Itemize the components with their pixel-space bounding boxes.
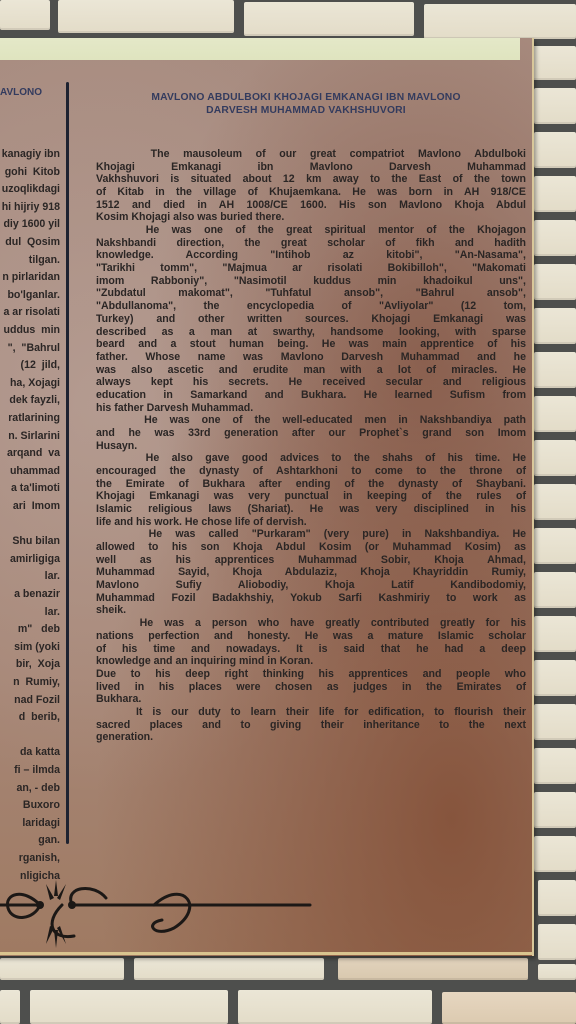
left-column-line: laridagi bbox=[0, 818, 60, 829]
plaque-body-line: of Kitab in the village of Khujaemkana. … bbox=[96, 187, 526, 198]
scroll-flourish-ornament-icon bbox=[0, 878, 354, 954]
brick bbox=[58, 0, 234, 33]
left-column-line: sim (yoki bbox=[0, 642, 60, 653]
brick bbox=[0, 990, 20, 1024]
plaque-body-line: Husayn. bbox=[96, 441, 526, 452]
column-divider bbox=[66, 82, 69, 844]
brick bbox=[534, 264, 576, 300]
brick bbox=[534, 836, 576, 872]
plaque-body-line: education in Samarkand and Bukhara. He l… bbox=[96, 390, 526, 401]
plaque-body-line: The mausoleum of our great compatriot Ma… bbox=[96, 149, 526, 160]
brick bbox=[530, 46, 576, 80]
brick bbox=[534, 748, 576, 784]
plaque-body-line: "Abdullanoma", the encyclopedia of "Avli… bbox=[96, 301, 526, 312]
left-column-line: fi – ilmda bbox=[0, 765, 60, 776]
plaque-body-line: Muhammad Sayid, Khoja Abdulaziz, Khoja K… bbox=[96, 567, 526, 578]
left-column-line: lar. bbox=[0, 571, 60, 582]
plaque-body-line: Nakshbandi direction, the great scholar … bbox=[96, 238, 526, 249]
left-column-line: gan. bbox=[0, 835, 60, 846]
left-column-line: Shu bilan bbox=[0, 536, 60, 547]
left-column-line: da katta bbox=[0, 747, 60, 758]
brick bbox=[534, 616, 576, 652]
plaque-body-line: knowledge. According "Intihob az kitobi"… bbox=[96, 250, 526, 261]
left-column-line: d berib, bbox=[0, 712, 60, 723]
brick bbox=[534, 88, 576, 124]
left-column-line: ", "Bahrul bbox=[0, 343, 60, 354]
plaque-top-band bbox=[0, 38, 520, 60]
plaque-body-line: Due to his deep right thinking his appre… bbox=[96, 669, 526, 680]
plaque-body-line: "Tarikhi tomm", "Majmua ar risolati Boki… bbox=[96, 263, 526, 274]
left-column-line: diy 1600 yil bbox=[0, 219, 60, 230]
plaque-body-line: beard and a stout human being. He was ma… bbox=[96, 339, 526, 350]
plaque-body-line: Khojagi Emkanagi was very punctual in ke… bbox=[96, 491, 526, 502]
plaque-body-line: Bukhara. bbox=[96, 694, 526, 705]
left-column-line: kanagiy ibn bbox=[0, 149, 60, 160]
left-column-line: a ar risolati bbox=[0, 307, 60, 318]
plaque-body-line: was also ascetic and erudite man with a … bbox=[96, 365, 526, 376]
plaque-body-line: Turkey) and other written sources. Khoja… bbox=[96, 314, 526, 325]
brick bbox=[30, 990, 228, 1024]
left-column-line: bo'lganlar. bbox=[0, 290, 60, 301]
left-column-line: dek fayzli, bbox=[0, 395, 60, 406]
plaque-body-line: He was called "Purkaram" (very pure) in … bbox=[96, 529, 526, 540]
left-column-line: dul Qosim bbox=[0, 237, 60, 248]
plaque-body-line: encouraged the dynasty of Ashtarkhoni to… bbox=[96, 466, 526, 477]
plaque-body-line: and he was 33rd generation after our Pro… bbox=[96, 428, 526, 439]
brick bbox=[538, 924, 576, 960]
left-column-line: a ta'limoti bbox=[0, 483, 60, 494]
plaque-body-line: lived in his places were chosen as judge… bbox=[96, 682, 526, 693]
left-column-line: lar. bbox=[0, 607, 60, 618]
brick bbox=[424, 4, 576, 39]
brick bbox=[134, 958, 324, 980]
plaque-body-line: 1512 and died in AH 1008/CE 1600. His so… bbox=[96, 200, 526, 211]
plaque-body-line: Islamic religious laws (Shariat). He was… bbox=[96, 504, 526, 515]
left-column-line: n pirlaridan bbox=[0, 272, 60, 283]
plaque-body-line: allowed to his son Khoja Abdul Kosim (or… bbox=[96, 542, 526, 553]
left-column-line: uddus min bbox=[0, 325, 60, 336]
brick bbox=[534, 220, 576, 256]
left-column-line: Buxoro bbox=[0, 800, 60, 811]
plaque-body-line: generation. bbox=[96, 732, 526, 743]
plaque-body-line: sheik. bbox=[96, 605, 526, 616]
plaque-body-line: the Emirate of Bukhara after ending of t… bbox=[96, 479, 526, 490]
left-column-line: ha, Xojagi bbox=[0, 378, 60, 389]
left-column-line: rganish, bbox=[0, 853, 60, 864]
left-column-line: n. Sirlarini bbox=[0, 431, 60, 442]
brick bbox=[534, 396, 576, 432]
brick bbox=[538, 964, 576, 980]
brick bbox=[244, 2, 414, 36]
brick bbox=[442, 992, 576, 1024]
left-column-line: (12 jild, bbox=[0, 360, 60, 371]
brick bbox=[534, 528, 576, 564]
left-column-line: uhammad bbox=[0, 466, 60, 477]
left-column-line: n Rumiy, bbox=[0, 677, 60, 688]
plaque-body-line: well as his apprentices Muhammad Sobir, … bbox=[96, 555, 526, 566]
brick bbox=[534, 704, 576, 740]
brick bbox=[338, 958, 528, 980]
plaque-body-line: It is our duty to learn their life for e… bbox=[96, 707, 526, 718]
left-column-line: gohi Kitob bbox=[0, 167, 60, 178]
plaque-body-line: imom Rabboniy", "Nasimotil kuddus min kh… bbox=[96, 276, 526, 287]
brick bbox=[534, 792, 576, 828]
plaque-body-line: Khojagi Emkanagi ibn Mavlono Darvesh Muh… bbox=[96, 162, 526, 173]
plaque-body-line: He was a person who have greatly contrib… bbox=[96, 618, 526, 629]
plaque-body-line: He was one of the well-educated men in N… bbox=[96, 415, 526, 426]
brick bbox=[534, 308, 576, 344]
plaque-body-line: He also gave good advices to the shahs o… bbox=[96, 453, 526, 464]
brick bbox=[534, 132, 576, 168]
plaque-title-line-2: DARVESH MUHAMMAD VAKHSHUVORI bbox=[96, 105, 516, 116]
left-column-line: m" deb bbox=[0, 624, 60, 635]
left-column-line: nad Fozil bbox=[0, 695, 60, 706]
brick bbox=[534, 440, 576, 476]
brick bbox=[538, 880, 576, 916]
brick bbox=[534, 572, 576, 608]
left-column-line: bir, Xoja bbox=[0, 659, 60, 670]
brick bbox=[534, 484, 576, 520]
left-column-line: arqand va bbox=[0, 448, 60, 459]
left-column-title: AVLONO bbox=[0, 87, 42, 98]
left-column-line: ari Imom bbox=[0, 501, 60, 512]
left-column-line: uzoqlikdagi bbox=[0, 184, 60, 195]
plaque-body-line: Mavlono Sufiy Aliobodiy, Khoja Latif Kan… bbox=[96, 580, 526, 591]
brick bbox=[534, 660, 576, 696]
brick bbox=[534, 176, 576, 212]
brick bbox=[534, 352, 576, 388]
plaque-body-line: nations perfection and honesty. He was a… bbox=[96, 631, 526, 642]
left-column-line: ratlarining bbox=[0, 413, 60, 424]
plaque-body-line: Vakhshuvori is situated about 12 km away… bbox=[96, 174, 526, 185]
plaque-body-line: Muhammad Fozil Badakhshiy, Yokub Sarfi K… bbox=[96, 593, 526, 604]
plaque-body-line: life and his work. He chose life of derv… bbox=[96, 517, 526, 528]
plaque-body-line: father. Whose name was Mavlono Darvesh M… bbox=[96, 352, 526, 363]
plaque-body-line: knowledge and an inquiring mind in Koran… bbox=[96, 656, 526, 667]
plaque-body-line: "Zubdatul makomat", "Tuhfatul ansob", "B… bbox=[96, 288, 526, 299]
brick bbox=[0, 958, 124, 980]
plaque-body-line: of his time and nowadays. It is said tha… bbox=[96, 644, 526, 655]
plaque-body-line: sacred places and to giving their inheri… bbox=[96, 720, 526, 731]
brick bbox=[238, 990, 432, 1024]
left-column-line: tilgan. bbox=[0, 255, 60, 266]
plaque-body-line: He was one of the great spiritual mentor… bbox=[96, 225, 526, 236]
left-column-line: an, - deb bbox=[0, 783, 60, 794]
plaque-body-line: described as a man at swarthy, handsome … bbox=[96, 327, 526, 338]
plaque-body-line: always kept his secrets. He received sec… bbox=[96, 377, 526, 388]
plaque-body-line: his father Darvesh Muhammad. bbox=[96, 403, 526, 414]
brick bbox=[0, 0, 50, 30]
left-column-line: a benazir bbox=[0, 589, 60, 600]
left-column-line: amirligiga bbox=[0, 554, 60, 565]
left-column-line: hi hijriy 918 bbox=[0, 202, 60, 213]
plaque-body-line: Kosim Khojagi also was buried there. bbox=[96, 212, 526, 223]
plaque-title-line-1: MAVLONO ABDULBOKI KHOJAGI EMKANAGI IBN M… bbox=[96, 92, 516, 103]
